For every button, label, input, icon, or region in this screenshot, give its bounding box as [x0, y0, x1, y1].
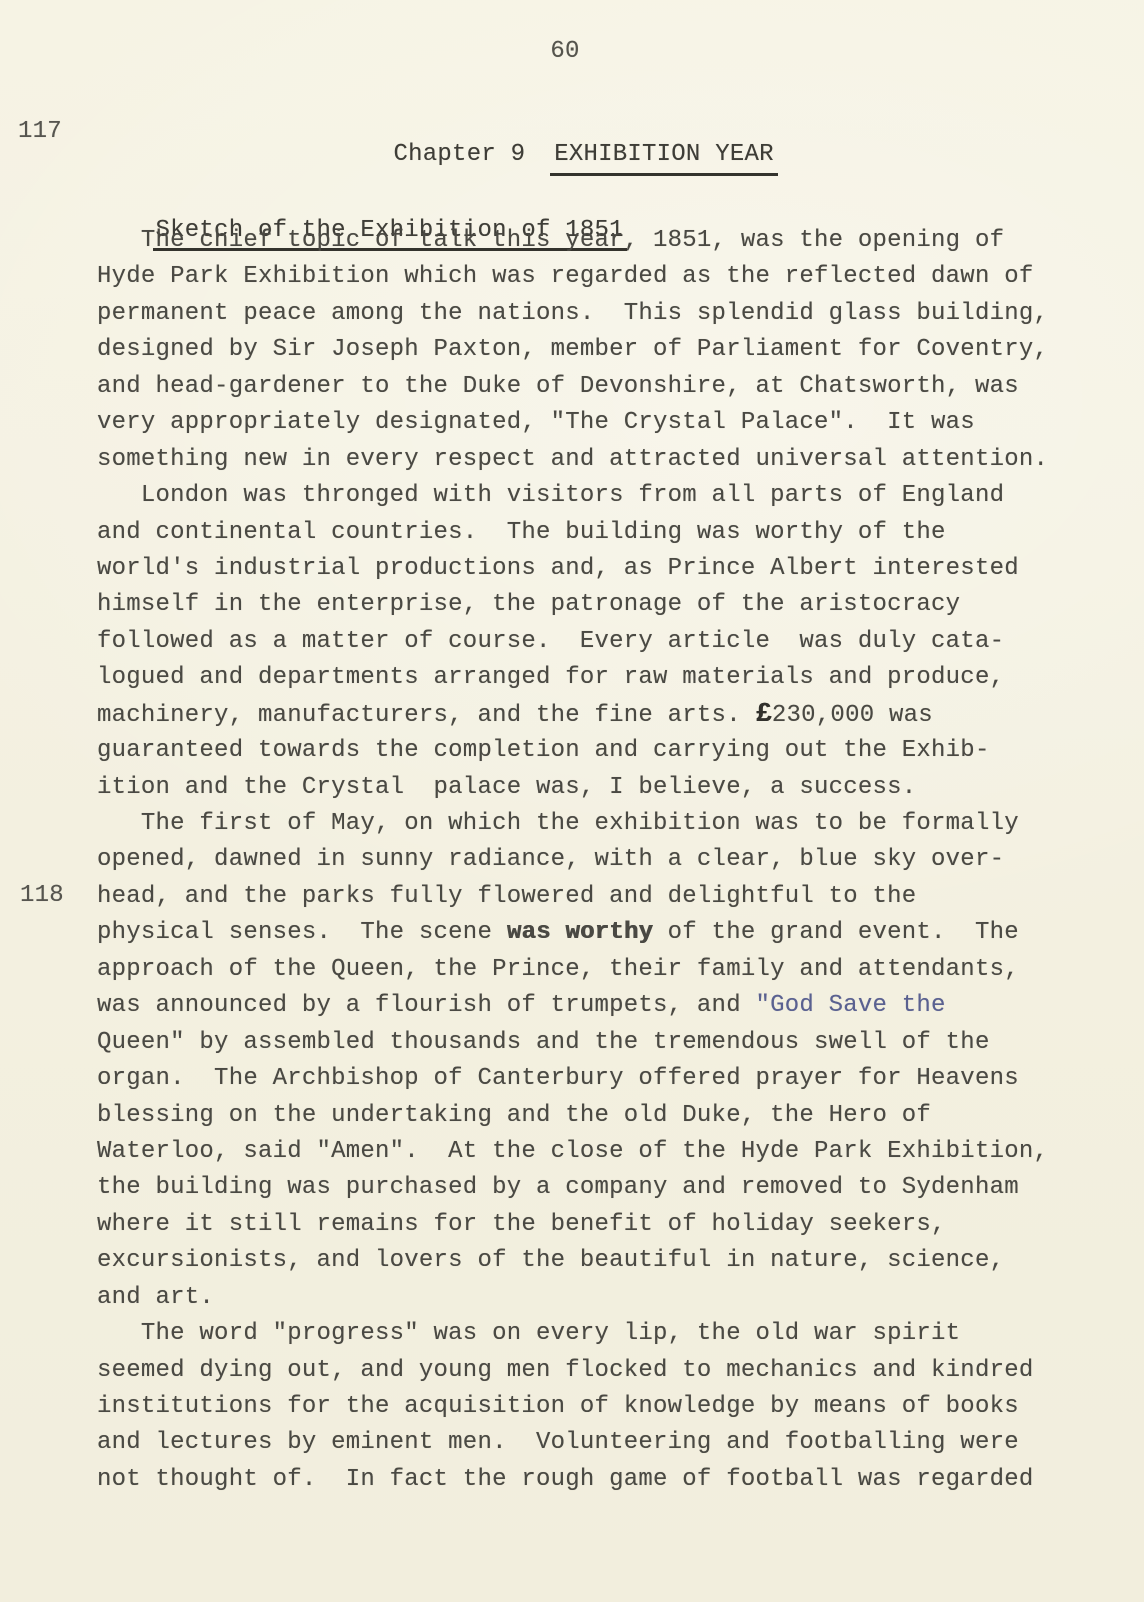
text-line: approach of the Queen, the Prince, their…: [97, 952, 1107, 988]
text-line: blessing on the undertaking and the old …: [97, 1098, 1107, 1134]
text-line: something new in every respect and attra…: [97, 442, 1107, 478]
text-segment: world's industrial productions and, as P…: [97, 555, 1019, 582]
document-page: 60 117 118 Chapter 9EXHIBITION YEAR Sket…: [0, 0, 1144, 1602]
text-line: and art.: [97, 1280, 1107, 1316]
text-line: institutions for the acquisition of know…: [97, 1389, 1107, 1425]
text-segment: and head-gardener to the Duke of Devonsh…: [97, 373, 1019, 400]
text-line: very appropriately designated, "The Crys…: [97, 405, 1107, 441]
text-line: head, and the parks fully flowered and d…: [97, 879, 1107, 915]
body-lines: The chief topic of talk this year, 1851,…: [97, 223, 1107, 1498]
text-line: world's industrial productions and, as P…: [97, 551, 1107, 587]
text-line: opened, dawned in sunny radiance, with a…: [97, 842, 1107, 878]
text-segment: 230,000 was: [772, 702, 933, 729]
text-segment: Queen" by assembled thousands and the tr…: [97, 1029, 990, 1056]
margin-note-117: 117: [18, 118, 62, 145]
text-segment: organ. The Archbishop of Canterbury offe…: [97, 1065, 1019, 1092]
page-number: 60: [0, 38, 1130, 65]
text-line: excursionists, and lovers of the beautif…: [97, 1243, 1107, 1279]
text-segment: seemed dying out, and young men flocked …: [97, 1357, 1033, 1384]
text-segment: the building was purchased by a company …: [97, 1174, 1019, 1201]
text-segment: and continental countries. The building …: [97, 519, 946, 546]
text-line: and head-gardener to the Duke of Devonsh…: [97, 369, 1107, 405]
text-segment: ition and the Crystal palace was, I beli…: [97, 774, 916, 801]
text-segment: London was thronged with visitors from a…: [97, 482, 1004, 509]
text-segment: and lectures by eminent men. Volunteerin…: [97, 1429, 1019, 1456]
text-line: and continental countries. The building …: [97, 515, 1107, 551]
text-line: The chief topic of talk this year, 1851,…: [97, 223, 1107, 259]
text-line: where it still remains for the benefit o…: [97, 1207, 1107, 1243]
text-segment: of the grand event. The: [653, 919, 1019, 946]
text-segment: Hyde Park Exhibition which was regarded …: [97, 263, 1033, 290]
text-line: ition and the Crystal palace was, I beli…: [97, 770, 1107, 806]
text-segment: permanent peace among the nations. This …: [97, 300, 1048, 327]
text-line: permanent peace among the nations. This …: [97, 296, 1107, 332]
text-segment: opened, dawned in sunny radiance, with a…: [97, 846, 1004, 873]
text-segment: Waterloo, said "Amen". At the close of t…: [97, 1138, 1048, 1165]
text-segment: approach of the Queen, the Prince, their…: [97, 956, 1019, 983]
text-segment: blessing on the undertaking and the old …: [97, 1102, 931, 1129]
text-line: the building was purchased by a company …: [97, 1170, 1107, 1206]
text-line: was announced by a flourish of trumpets,…: [97, 988, 1107, 1024]
margin-note-118: 118: [20, 882, 64, 909]
text-line: Hyde Park Exhibition which was regarded …: [97, 259, 1107, 295]
text-segment: head, and the parks fully flowered and d…: [97, 883, 916, 910]
text-line: himself in the enterprise, the patronage…: [97, 587, 1107, 623]
text-segment: machinery, manufacturers, and the fine a…: [97, 702, 755, 729]
text-segment: not thought of. In fact the rough game o…: [97, 1466, 1033, 1493]
text-segment: excursionists, and lovers of the beautif…: [97, 1247, 1004, 1274]
text-line: The word "progress" was on every lip, th…: [97, 1316, 1107, 1352]
text-line: The first of May, on which the exhibitio…: [97, 806, 1107, 842]
text-segment: The first of May, on which the exhibitio…: [97, 810, 1019, 837]
text-line: guaranteed towards the completion and ca…: [97, 733, 1107, 769]
text-line: seemed dying out, and young men flocked …: [97, 1353, 1107, 1389]
text-segment: guaranteed towards the completion and ca…: [97, 737, 990, 764]
text-segment: was announced by a flourish of trumpets,…: [97, 992, 755, 1019]
chapter-number-label: Chapter 9: [394, 141, 526, 168]
text-line: London was thronged with visitors from a…: [97, 478, 1107, 514]
text-segment: very appropriately designated, "The Crys…: [97, 409, 975, 436]
text-line: Queen" by assembled thousands and the tr…: [97, 1025, 1107, 1061]
text-segment: himself in the enterprise, the patronage…: [97, 591, 960, 618]
text-segment-pound: £: [755, 700, 771, 730]
text-segment: logued and departments arranged for raw …: [97, 664, 1004, 691]
text-line: not thought of. In fact the rough game o…: [97, 1462, 1107, 1498]
text-segment: physical senses. The scene: [97, 919, 507, 946]
text-line: machinery, manufacturers, and the fine a…: [97, 697, 1107, 733]
text-segment: and art.: [97, 1284, 214, 1311]
text-segment-retype: was worthy: [507, 919, 653, 946]
text-line: organ. The Archbishop of Canterbury offe…: [97, 1061, 1107, 1097]
text-segment: designed by Sir Joseph Paxton, member of…: [97, 336, 1048, 363]
text-line: logued and departments arranged for raw …: [97, 660, 1107, 696]
text-line: and lectures by eminent men. Volunteerin…: [97, 1425, 1107, 1461]
text-segment: where it still remains for the benefit o…: [97, 1211, 946, 1238]
text-segment: institutions for the acquisition of know…: [97, 1393, 1019, 1420]
text-line: physical senses. The scene was worthy of…: [97, 915, 1107, 951]
text-segment: The word "progress" was on every lip, th…: [97, 1320, 960, 1347]
text-line: Waterloo, said "Amen". At the close of t…: [97, 1134, 1107, 1170]
text-line: followed as a matter of course. Every ar…: [97, 624, 1107, 660]
text-segment: followed as a matter of course. Every ar…: [97, 628, 1004, 655]
text-segment: The chief topic of talk this year, 1851,…: [97, 227, 1004, 254]
chapter-title-underlined: EXHIBITION YEAR: [550, 141, 778, 176]
text-line: designed by Sir Joseph Paxton, member of…: [97, 332, 1107, 368]
text-segment: something new in every respect and attra…: [97, 446, 1048, 473]
text-segment-blue-ink: "God Save the: [755, 992, 945, 1019]
